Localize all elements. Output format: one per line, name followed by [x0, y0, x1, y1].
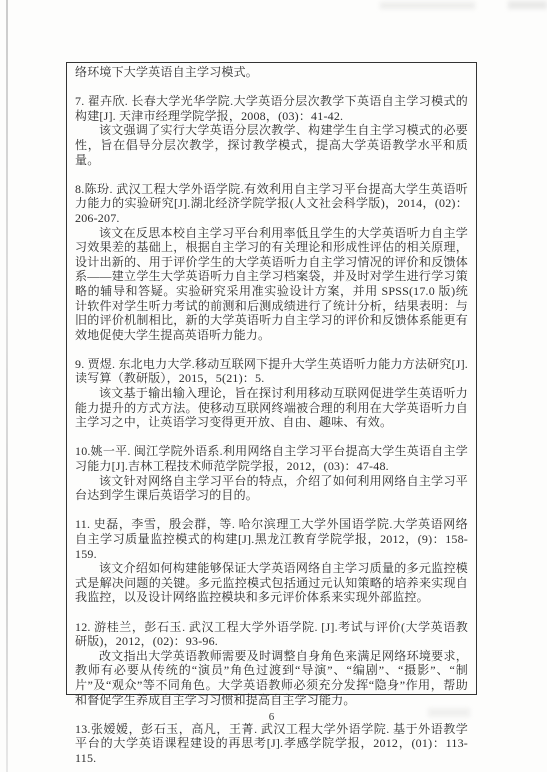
reference-annotation: 该文在反思本校自主学习平台利用率低且学生的大学英语听力自主学习效果差的基础上，根… — [75, 226, 468, 343]
reference-citation: 13.张嫒嫒，彭石玉，高凡，王菁. 武汉工程大学外语学院. 基于外语教学平台的大… — [75, 722, 468, 766]
reference-entry-13: 13.张嫒嫒，彭石玉，高凡，王菁. 武汉工程大学外语学院. 基于外语教学平台的大… — [75, 722, 468, 766]
reference-entry-8: 8.陈玢. 武汉工程大学外语学院.有效利用自主学习平台提高大学生英语听力能力的实… — [75, 182, 468, 343]
intro-text: 络环境下大学英语自主学习模式。 — [75, 65, 468, 80]
reference-entry-10: 10.姚一平. 闽江学院外语系.利用网络自主学习平台提高大学生英语自主学习能力[… — [75, 444, 468, 502]
scan-streak — [380, 2, 475, 9]
reference-entry-12: 12. 游桂兰，彭石玉. 武汉工程大学外语学院. [J].考试与评价(大学英语教… — [75, 620, 468, 708]
reference-citation: 11. 史磊，李雪，殷会群，等. 哈尔滨理工大学外国语学院.大学英语网络自主学习… — [75, 517, 468, 561]
reference-annotation: 该文强调了实行大学英语分层次教学、构建学生自主学习模式的必要性，旨在倡导分层次教… — [75, 123, 468, 167]
reference-entry-9: 9. 贾煜. 东北电力大学.移动互联网下提升大学生英语听力能力方法研究[J].读… — [75, 357, 468, 430]
reference-citation: 12. 游桂兰，彭石玉. 武汉工程大学外语学院. [J].考试与评价(大学英语教… — [75, 620, 468, 649]
document-page: 络环境下大学英语自主学习模式。 7. 翟卉欣. 长春大学光华学院.大学英语分层次… — [0, 0, 547, 772]
reference-annotation: 该文基于输出输入理论，旨在探讨利用移动互联网促进学生英语听力能力提升的方式方法。… — [75, 386, 468, 430]
scan-page-edge — [6, 0, 8, 772]
scan-streak — [508, 1, 547, 9]
reference-citation: 8.陈玢. 武汉工程大学外语学院.有效利用自主学习平台提高大学生英语听力能力的实… — [75, 182, 468, 226]
content-border-box: 络环境下大学英语自主学习模式。 7. 翟卉欣. 长春大学光华学院.大学英语分层次… — [66, 62, 477, 695]
reference-entry-7: 7. 翟卉欣. 长春大学光华学院.大学英语分层次教学下英语自主学习模式的构建[J… — [75, 94, 468, 167]
reference-annotation: 改文指出大学英语教师需要及时调整自身角色来满足网络环境要求，教师有必要从传统的“… — [75, 649, 468, 707]
reference-citation: 10.姚一平. 闽江学院外语系.利用网络自主学习平台提高大学生英语自主学习能力[… — [75, 444, 468, 473]
reference-annotation: 该文介绍如何构建能够保证大学英语网络自主学习质量的多元监控模式是解决问题的关键。… — [75, 561, 468, 605]
reference-entry-11: 11. 史磊，李雪，殷会群，等. 哈尔滨理工大学外国语学院.大学英语网络自主学习… — [75, 517, 468, 605]
reference-citation: 7. 翟卉欣. 长春大学光华学院.大学英语分层次教学下英语自主学习模式的构建[J… — [75, 94, 468, 123]
reference-annotation: 该文针对网络自主学习平台的特点，介绍了如何利用网络自主学习平台达到学生课后英语学… — [75, 474, 468, 503]
reference-citation: 9. 贾煜. 东北电力大学.移动互联网下提升大学生英语听力能力方法研究[J].读… — [75, 357, 468, 386]
page-number: 6 — [66, 711, 477, 723]
